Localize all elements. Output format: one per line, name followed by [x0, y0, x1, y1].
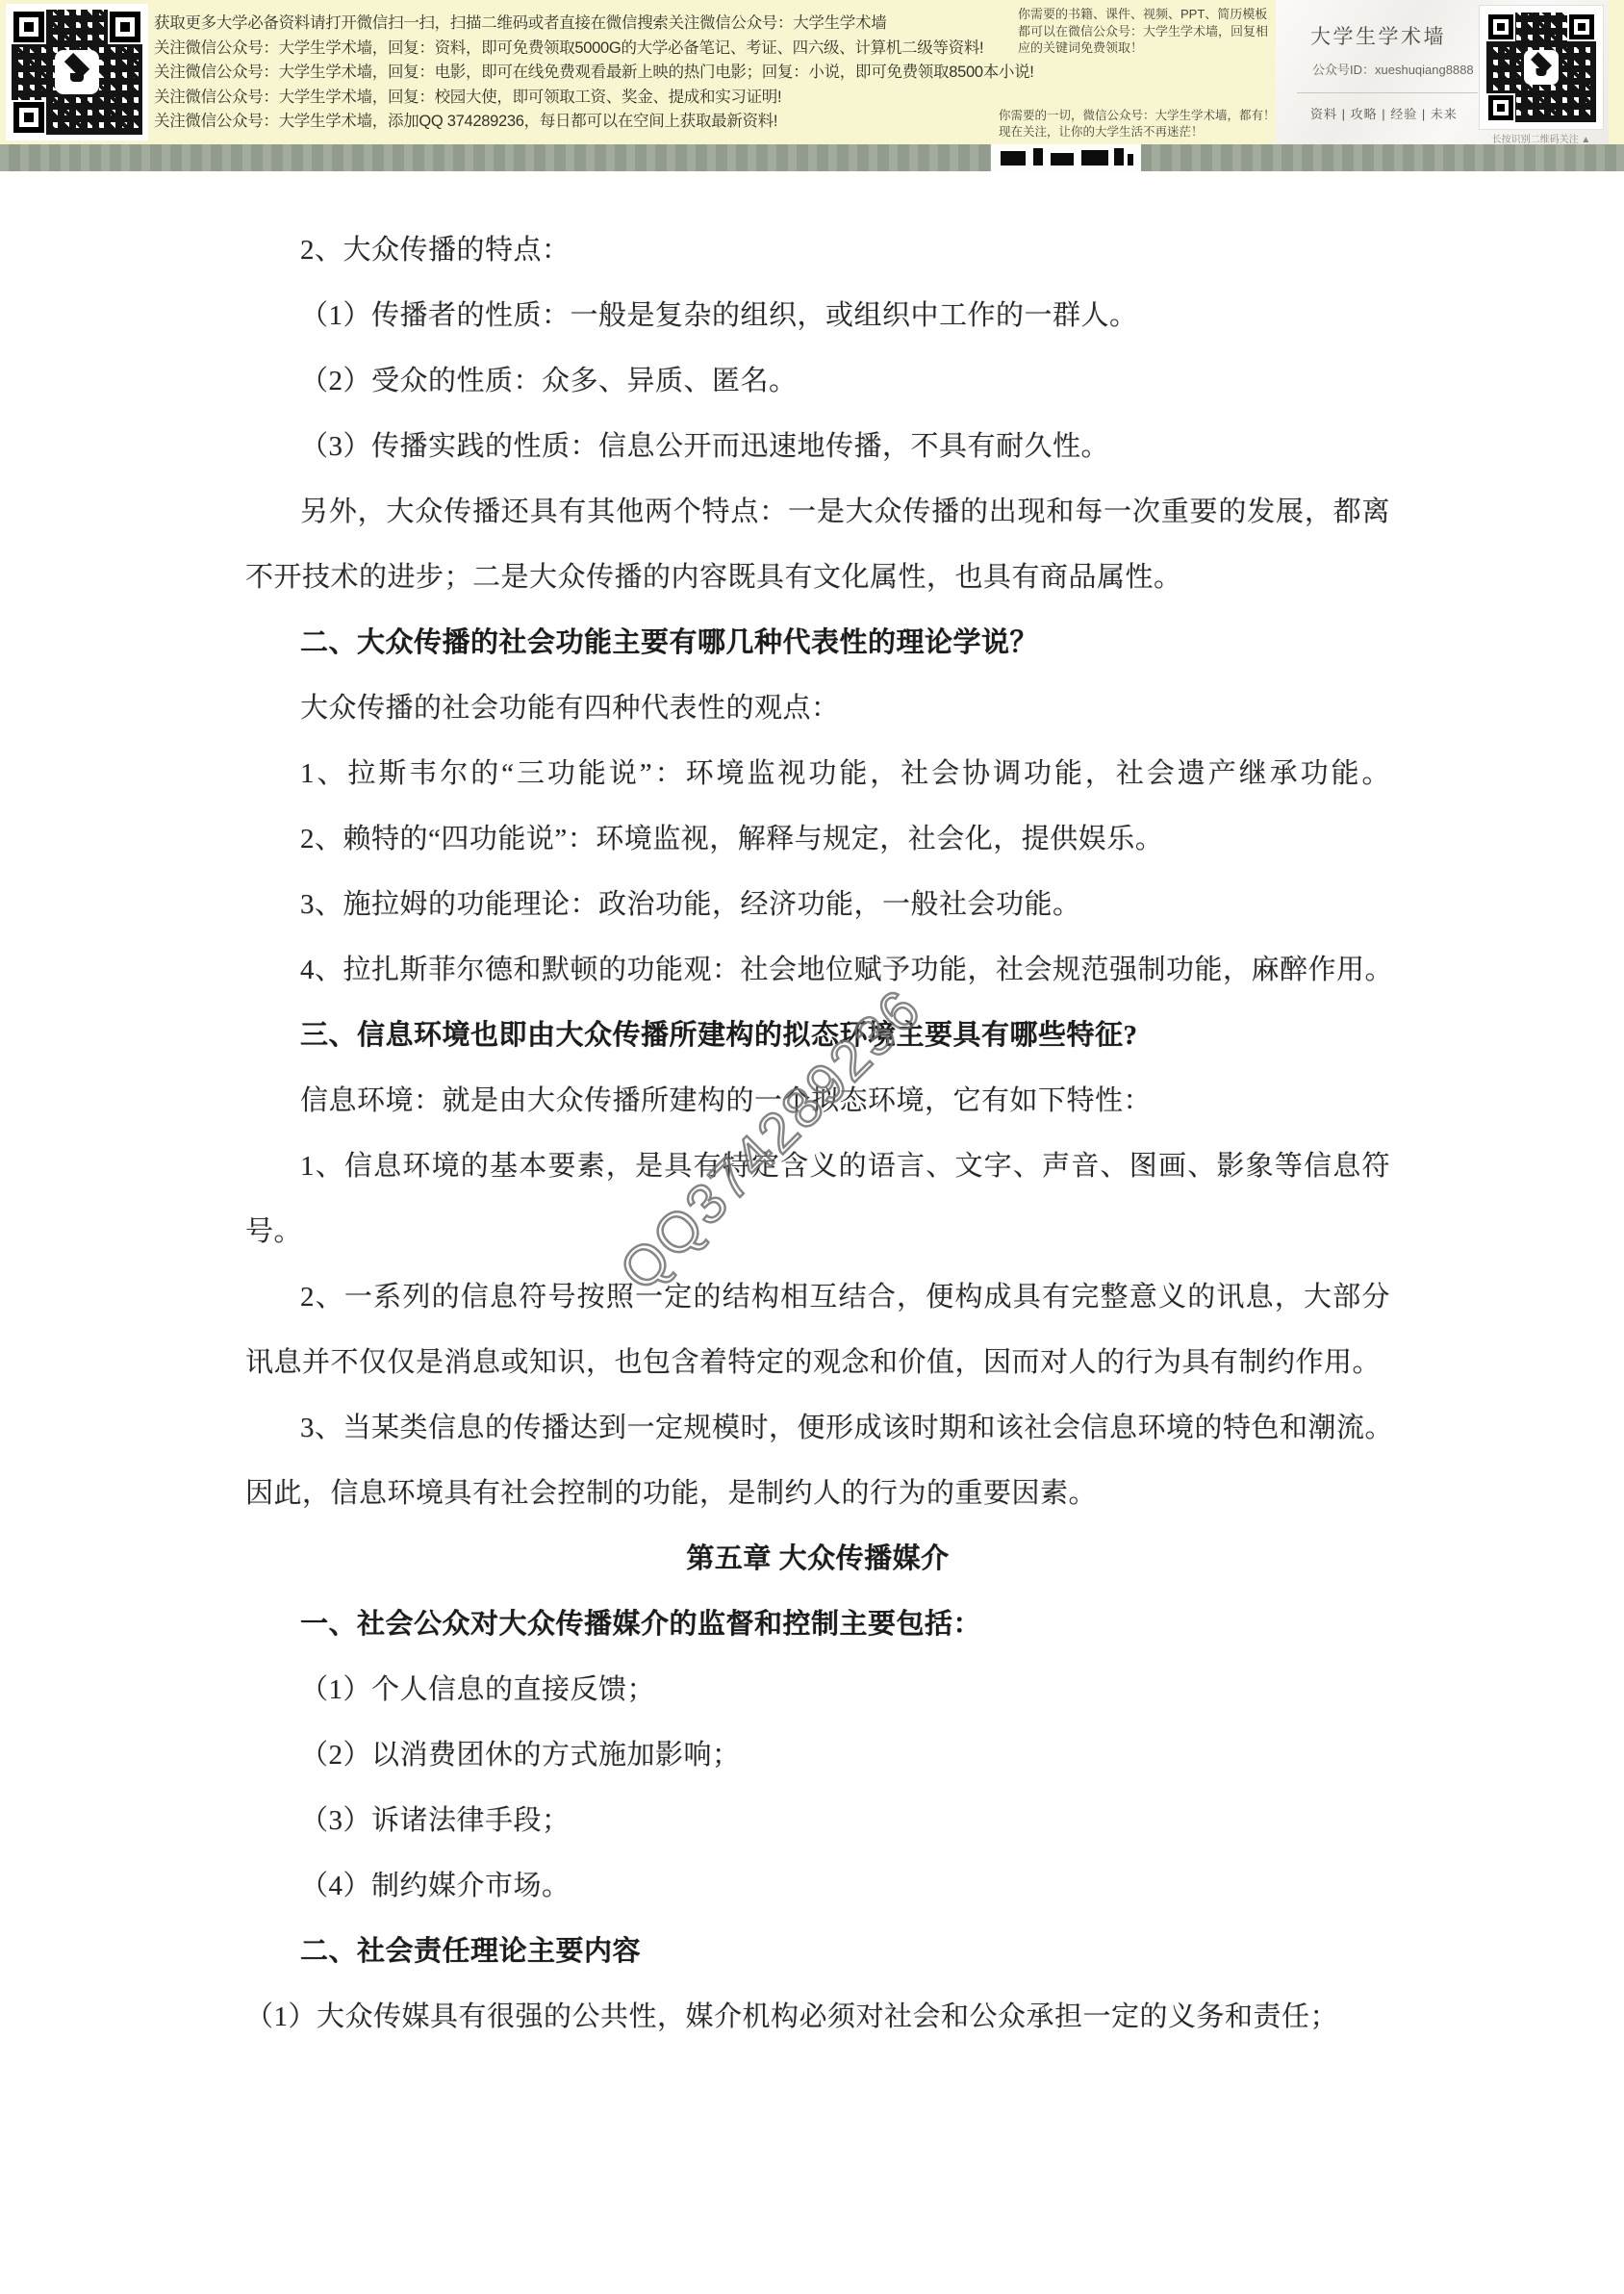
- qr-pattern: [12, 10, 142, 135]
- banner-mid-top-text: 你需要的书籍、课件、视频、PPT、简历模板都可以在微信公众号：大学生学术墙，回复…: [1018, 6, 1268, 57]
- document-line: 3、施拉姆的功能理论：政治功能，经济功能，一般社会功能。: [245, 872, 1390, 937]
- qr-finder-icon: [12, 10, 46, 44]
- qr-pattern: [1486, 13, 1596, 122]
- document-line: 2、一系列的信息符号按照一定的结构相互结合，便构成具有完整意义的讯息，大部分: [245, 1264, 1390, 1330]
- document-line: 4、拉扎斯菲尔德和默顿的功能观：社会地位赋予功能，社会规范强制功能，麻醉作用。: [245, 937, 1390, 1003]
- banner-mid-line: 现在关注，让你的大学生活不再迷茫！: [999, 124, 1276, 140]
- document-line: 2、赖特的“四功能说”：环境监视，解释与规定，社会化，提供娱乐。: [245, 806, 1390, 872]
- banner-promo-line: 关注微信公众号：大学生学术墙，回复：校园大使，即可领取工资、奖金、提成和实习证明…: [154, 86, 1020, 111]
- graduation-cap-icon: [1524, 50, 1559, 85]
- banner-middle-section: 你需要的书籍、课件、视频、PPT、简历模板都可以在微信公众号：大学生学术墙，回复…: [991, 0, 1280, 144]
- document-line: （2）受众的性质：众多、异质、匿名。: [245, 348, 1390, 414]
- qr-finder-icon: [1567, 13, 1596, 41]
- banner-mid-line: 你需要的一切，微信公众号：大学生学术墙，都有！: [999, 108, 1276, 124]
- banner-promo-line: 获取更多大学必备资料请打开微信扫一扫，扫描二维码或者直接在微信搜索关注微信公众号…: [154, 12, 1020, 37]
- document-line: （3）传播实践的性质：信息公开而迅速地传播，不具有耐久性。: [245, 414, 1390, 479]
- account-id: 公众号ID：xueshuqiang8888: [1312, 60, 1474, 78]
- graduation-cap-icon: [55, 50, 99, 94]
- document-line: 二、大众传播的社会功能主要有哪几种代表性的理论学说？: [245, 610, 1390, 675]
- banner-text-lines: 获取更多大学必备资料请打开微信扫一扫，扫描二维码或者直接在微信搜索关注微信公众号…: [154, 12, 1020, 135]
- qr-finder-icon: [1486, 13, 1515, 41]
- banner-mid-line: 你需要的书籍、课件、视频、PPT、简历模板: [1018, 6, 1268, 23]
- cap-base: [70, 73, 84, 82]
- document-line: （3）诉诸法律手段；: [245, 1788, 1390, 1853]
- account-menu: 资料 | 攻略 | 经验 | 未来: [1310, 104, 1458, 122]
- document-line: 一、社会公众对大众传播媒介的监督和控制主要包括：: [245, 1592, 1390, 1657]
- document-line: 不开技术的进步；二是大众传播的内容既具有文化属性，也具有商品属性。: [245, 545, 1390, 610]
- wechat-qr-code-left: [6, 4, 148, 140]
- banner-mid-line: 应的关键词免费领取！: [1018, 39, 1268, 57]
- card-divider: [1297, 92, 1478, 93]
- document-line: 二、社会责任理论主要内容: [245, 1919, 1390, 1984]
- banner-promo-line: 关注微信公众号：大学生学术墙，回复：电影，即可在线免费观看最新上映的热门电影；回…: [154, 61, 1020, 86]
- page: { "banner": { "left": { "lines": [ "获取更多…: [0, 0, 1624, 2294]
- banner-mid-line: 都可以在微信公众号：大学生学术墙，回复相: [1018, 23, 1268, 40]
- document-line: 因此，信息环境具有社会控制的功能，是制约人的行为的重要因素。: [245, 1461, 1390, 1526]
- document-line: 3、当某类信息的传播达到一定规模时，便形成该时期和该社会信息环境的特色和潮流。: [245, 1395, 1390, 1461]
- qr-finder-icon: [1486, 93, 1515, 122]
- document-line: 1、拉斯韦尔的“三功能说”：环境监视功能，社会协调功能，社会遗产继承功能。: [245, 741, 1390, 806]
- document-line: 另外，大众传播还具有其他两个特点：一是大众传播的出现和每一次重要的发展，都离: [245, 479, 1390, 545]
- page-edge-strip: [0, 144, 1624, 171]
- qr-caption: 长按识别二维码关注 ▲: [1474, 131, 1609, 145]
- qr-finder-icon: [12, 100, 46, 135]
- account-card: 大学生学术墙 公众号ID：xueshuqiang8888 资料 | 攻略 | 经…: [1276, 0, 1609, 144]
- banner-mid-bottom-text: 你需要的一切，微信公众号：大学生学术墙，都有！现在关注，让你的大学生活不再迷茫！: [999, 108, 1276, 140]
- account-title: 大学生学术墙: [1310, 21, 1446, 50]
- document-line: （1）传播者的性质：一般是复杂的组织，或组织中工作的一群人。: [245, 283, 1390, 348]
- cutoff-title-fragment: [991, 144, 1141, 171]
- document-line: 号。: [245, 1199, 1390, 1264]
- document-line: 大众传播的社会功能有四种代表性的观点：: [245, 675, 1390, 741]
- banner-promo-line: 关注微信公众号：大学生学术墙，回复：资料，即可免费领取5000G的大学必备笔记、…: [154, 37, 1020, 62]
- document-line: （1）个人信息的直接反馈；: [245, 1657, 1390, 1722]
- document-line: 2、大众传播的特点：: [245, 217, 1390, 283]
- document-line: （1）大众传媒具有很强的公共性，媒介机构必须对社会和公众承担一定的义务和责任；: [245, 1984, 1390, 2050]
- promo-banner: 获取更多大学必备资料请打开微信扫一扫，扫描二维码或者直接在微信搜索关注微信公众号…: [0, 0, 1624, 144]
- document-line: 第五章 大众传播媒介: [245, 1526, 1390, 1592]
- banner-promo-line: 关注微信公众号：大学生学术墙，添加QQ 374289236，每日都可以在空间上获…: [154, 110, 1020, 135]
- cap-base: [1536, 68, 1547, 76]
- qr-finder-icon: [108, 10, 142, 44]
- document-line: 讯息并不仅仅是消息或知识，也包含着特定的观念和价值，因而对人的行为具有制约作用。: [245, 1330, 1390, 1395]
- wechat-qr-code-right: [1480, 6, 1603, 129]
- document-line: （4）制约媒介市场。: [245, 1853, 1390, 1919]
- document-line: 1、信息环境的基本要素，是具有特定含义的语言、文字、声音、图画、影象等信息符: [245, 1134, 1390, 1199]
- document-line: （2）以消费团休的方式施加影响；: [245, 1722, 1390, 1788]
